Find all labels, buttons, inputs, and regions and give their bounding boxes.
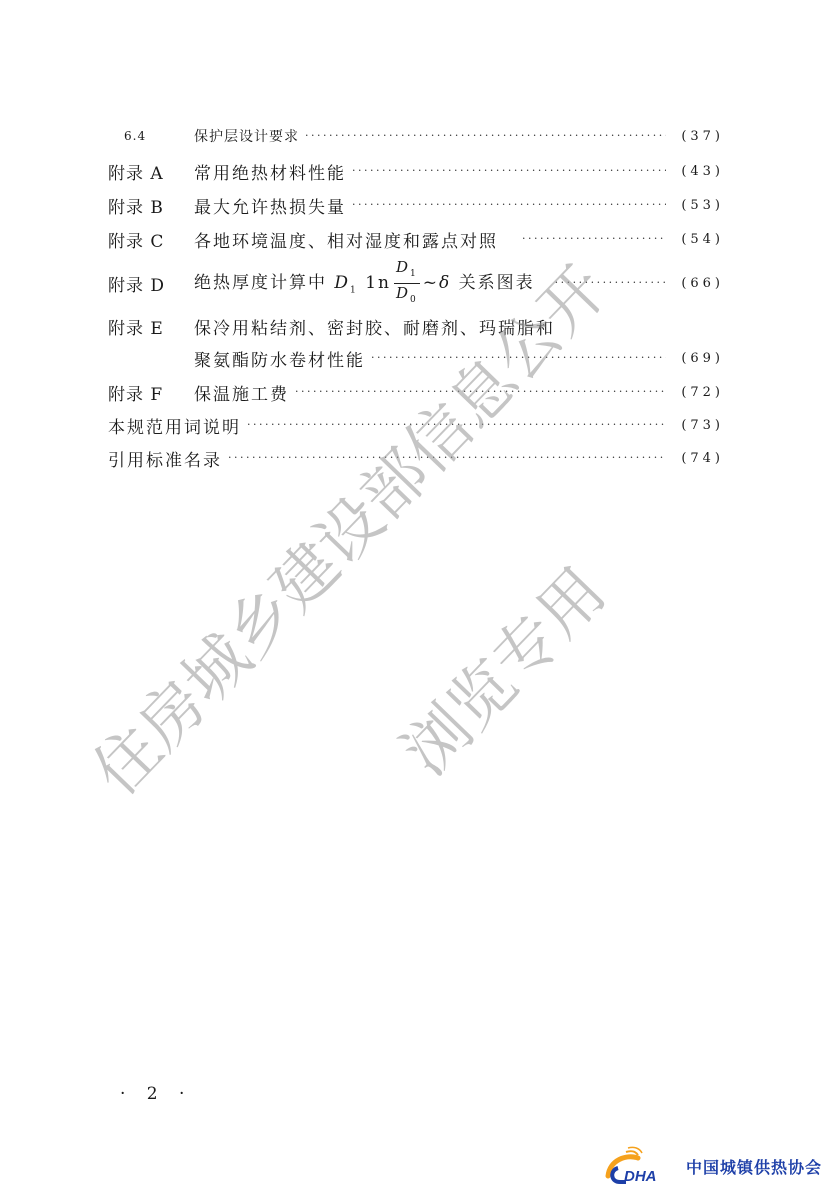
- cdha-mark-icon: DHA: [602, 1146, 680, 1186]
- appendix-label: 附录 C: [108, 227, 194, 252]
- entry-title: 保温施工费: [194, 380, 289, 405]
- entry-title: 常用绝热材料性能: [194, 159, 346, 184]
- cdha-logo: DHA 中国城镇供热协会: [602, 1142, 822, 1190]
- entry-title: 保冷用粘结剂、密封胶、耐磨剂、玛瑞脂和: [194, 314, 555, 339]
- page-ref: (72): [672, 385, 724, 400]
- entry-title: 最大允许热损失量: [194, 193, 346, 218]
- dot-leader: [522, 227, 666, 251]
- entry-title: 引用标准名录: [108, 446, 222, 471]
- association-name: 中国城镇供热协会: [686, 1155, 822, 1178]
- dot-leader: [228, 446, 666, 470]
- appendix-label: 附录 F: [108, 380, 194, 405]
- entry-title: 本规范用词说明: [108, 413, 241, 438]
- dot-leader: [352, 159, 666, 183]
- toc-entry-appendix-d[interactable]: 附录 D 绝热厚度计算中 D1 1nD1D0~δ 关系图表 (66): [108, 268, 724, 298]
- toc-entry-appendix-f[interactable]: 附录 F 保温施工费 (72): [108, 380, 724, 404]
- entry-title: 各地环境温度、相对湿度和露点对照: [194, 227, 498, 252]
- svg-text:DHA: DHA: [624, 1168, 657, 1185]
- entry-title: 保护层设计要求: [194, 126, 299, 146]
- dot-leader: [295, 380, 666, 404]
- toc-entry-terms[interactable]: 本规范用词说明 (73): [108, 413, 724, 437]
- toc-entry-references[interactable]: 引用标准名录 (74): [108, 446, 724, 470]
- page-ref: (69): [672, 351, 724, 366]
- watermark-line-2: 浏览专用: [379, 544, 623, 792]
- dot-leader: [247, 413, 666, 437]
- toc-entry-appendix-e[interactable]: 附录 E 保冷用粘结剂、密封胶、耐磨剂、玛瑞脂和: [108, 314, 724, 338]
- dot-leader: [371, 346, 666, 370]
- page-ref: (53): [672, 198, 724, 213]
- page-ref: (73): [672, 418, 724, 433]
- page-ref: (37): [672, 129, 724, 144]
- entry-title: 绝热厚度计算中 D1 1nD1D0~δ 关系图表: [194, 258, 535, 309]
- toc-entry-appendix-e-cont[interactable]: 聚氨酯防水卷材性能 (69): [108, 346, 724, 370]
- toc-entry-appendix-b[interactable]: 附录 B 最大允许热损失量 (53): [108, 193, 724, 217]
- appendix-label: 附录 D: [108, 271, 194, 296]
- section-number: 6.4: [124, 129, 194, 143]
- fraction: D1D0: [394, 258, 420, 309]
- page-ref: (43): [672, 164, 724, 179]
- dot-leader: [305, 124, 666, 148]
- appendix-label: 附录 B: [108, 193, 194, 218]
- page-ref: (54): [672, 232, 724, 247]
- dot-leader: [352, 193, 666, 217]
- appendix-label: 附录 A: [108, 159, 194, 184]
- dot-leader: [555, 271, 666, 295]
- page-ref: (66): [672, 276, 724, 291]
- math-expression: D1 1nD1D0~δ: [334, 273, 451, 293]
- appendix-label: 附录 E: [108, 314, 194, 339]
- toc-entry-6-4[interactable]: 6.4 保护层设计要求 (37): [108, 124, 724, 148]
- page-ref: (74): [672, 451, 724, 466]
- entry-title-continued: 聚氨酯防水卷材性能: [194, 346, 365, 371]
- page-number: · 2 ·: [120, 1084, 192, 1104]
- toc-entry-appendix-c[interactable]: 附录 C 各地环境温度、相对湿度和露点对照 (54): [108, 227, 724, 251]
- toc-entry-appendix-a[interactable]: 附录 A 常用绝热材料性能 (43): [108, 159, 724, 183]
